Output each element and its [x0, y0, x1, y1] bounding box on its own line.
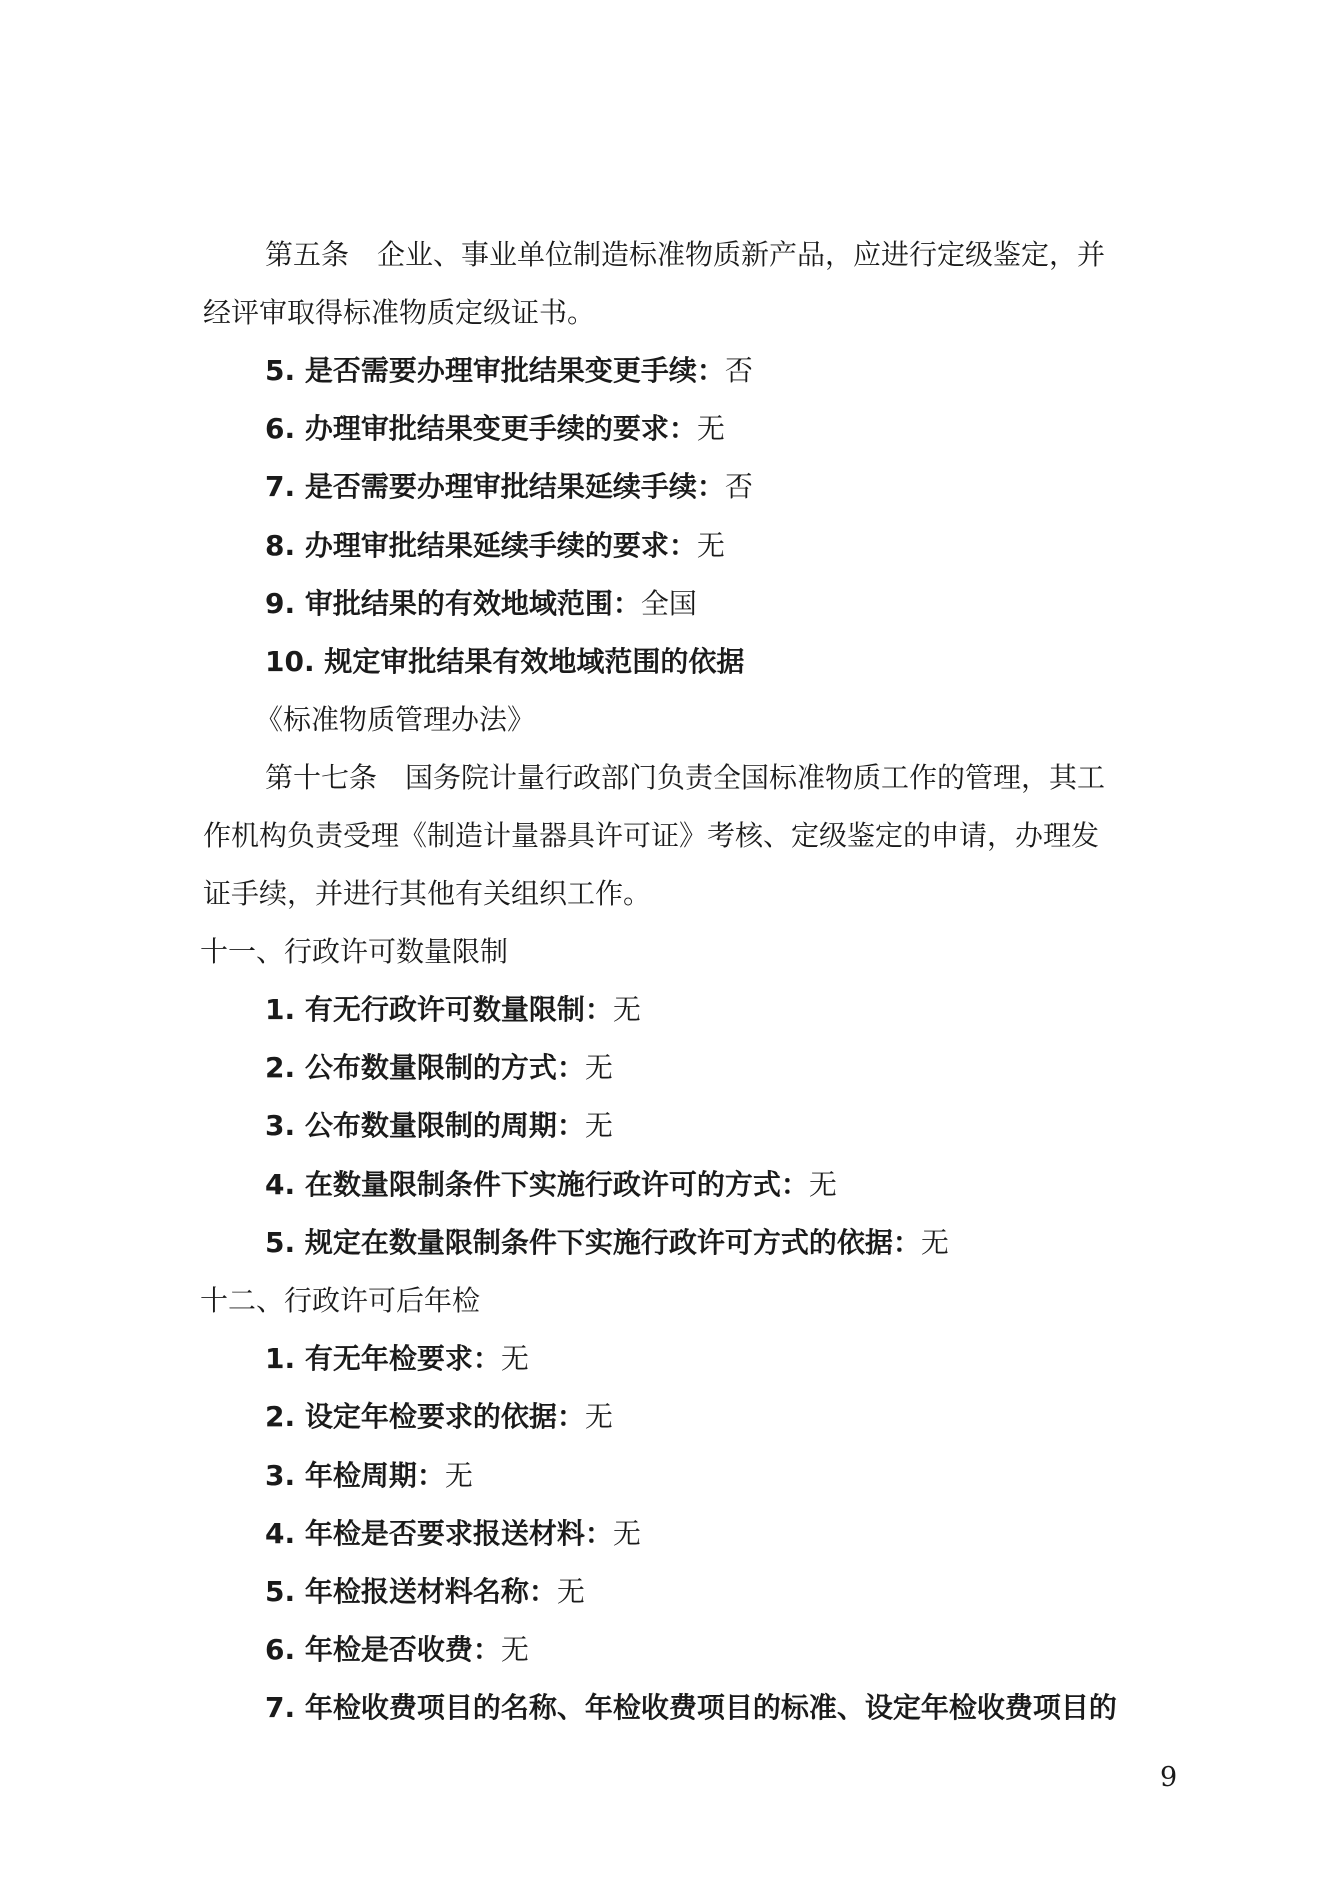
item-label: 9. 审批结果的有效地域范围： [265, 587, 641, 620]
item-label: 8. 办理审批结果延续手续的要求： [265, 529, 697, 562]
item-value: 无 [809, 1168, 837, 1201]
item-value: 无 [697, 529, 725, 562]
list-item: 6. 年检是否收费：无 [265, 1633, 529, 1667]
item-value: 无 [697, 412, 725, 445]
list-item: 6. 办理审批结果变更手续的要求：无 [265, 412, 725, 446]
item-label: 4. 年检是否要求报送材料： [265, 1517, 613, 1550]
item-value: 无 [557, 1575, 585, 1608]
item-label: 1. 有无行政许可数量限制： [265, 993, 613, 1026]
paragraph-line: 《标准物质管理办法》 [255, 703, 535, 737]
list-item: 2. 公布数量限制的方式：无 [265, 1051, 613, 1085]
item-label: 4. 在数量限制条件下实施行政许可的方式： [265, 1168, 809, 1201]
item-value: 无 [613, 993, 641, 1026]
item-value: 无 [613, 1517, 641, 1550]
list-item: 9. 审批结果的有效地域范围：全国 [265, 587, 697, 621]
item-value: 无 [585, 1051, 613, 1084]
paragraph-line: 第五条 企业、事业单位制造标准物质新产品，应进行定级鉴定，并 [265, 238, 1105, 272]
item-label: 2. 设定年检要求的依据： [265, 1400, 585, 1433]
item-label: 10. 规定审批结果有效地域范围的依据 [265, 645, 744, 678]
item-label: 6. 办理审批结果变更手续的要求： [265, 412, 697, 445]
list-item: 7. 是否需要办理审批结果延续手续：否 [265, 470, 753, 504]
list-item: 3. 年检周期：无 [265, 1459, 473, 1493]
list-item: 1. 有无行政许可数量限制：无 [265, 993, 641, 1027]
paragraph-line: 十二、行政许可后年检 [200, 1284, 480, 1318]
item-value: 无 [501, 1342, 529, 1375]
item-label: 1. 有无年检要求： [265, 1342, 501, 1375]
list-item: 4. 在数量限制条件下实施行政许可的方式：无 [265, 1168, 837, 1202]
item-value: 无 [921, 1226, 949, 1259]
paragraph-line: 十一、行政许可数量限制 [200, 935, 508, 969]
list-item: 5. 年检报送材料名称：无 [265, 1575, 585, 1609]
item-label: 7. 年检收费项目的名称、年检收费项目的标准、设定年检收费项目的 [265, 1691, 1117, 1724]
list-item: 1. 有无年检要求：无 [265, 1342, 529, 1376]
list-item: 8. 办理审批结果延续手续的要求：无 [265, 529, 725, 563]
item-value: 否 [725, 470, 753, 503]
item-label: 2. 公布数量限制的方式： [265, 1051, 585, 1084]
item-label: 6. 年检是否收费： [265, 1633, 501, 1666]
paragraph-line: 第十七条 国务院计量行政部门负责全国标准物质工作的管理，其工 [265, 761, 1105, 795]
list-item: 4. 年检是否要求报送材料：无 [265, 1517, 641, 1551]
paragraph-line: 证手续，并进行其他有关组织工作。 [203, 877, 651, 911]
list-item: 3. 公布数量限制的周期：无 [265, 1109, 613, 1143]
item-label: 7. 是否需要办理审批结果延续手续： [265, 470, 725, 503]
item-value: 无 [501, 1633, 529, 1666]
item-value: 全国 [641, 587, 697, 620]
list-item: 2. 设定年检要求的依据：无 [265, 1400, 613, 1434]
list-item: 5. 是否需要办理审批结果变更手续：否 [265, 354, 753, 388]
item-label: 5. 规定在数量限制条件下实施行政许可方式的依据： [265, 1226, 921, 1259]
item-value: 无 [585, 1109, 613, 1142]
paragraph-line: 经评审取得标准物质定级证书。 [203, 296, 595, 330]
list-item: 7. 年检收费项目的名称、年检收费项目的标准、设定年检收费项目的 [265, 1691, 1117, 1725]
item-label: 5. 是否需要办理审批结果变更手续： [265, 354, 725, 387]
item-value: 否 [725, 354, 753, 387]
paragraph-line: 作机构负责受理《制造计量器具许可证》考核、定级鉴定的申请，办理发 [203, 819, 1099, 853]
item-label: 3. 年检周期： [265, 1459, 445, 1492]
item-label: 5. 年检报送材料名称： [265, 1575, 557, 1608]
item-value: 无 [445, 1459, 473, 1492]
list-item: 10. 规定审批结果有效地域范围的依据 [265, 645, 744, 679]
item-label: 3. 公布数量限制的周期： [265, 1109, 585, 1142]
list-item: 5. 规定在数量限制条件下实施行政许可方式的依据：无 [265, 1226, 949, 1260]
page-number: 9 [1160, 1762, 1177, 1793]
item-value: 无 [585, 1400, 613, 1433]
